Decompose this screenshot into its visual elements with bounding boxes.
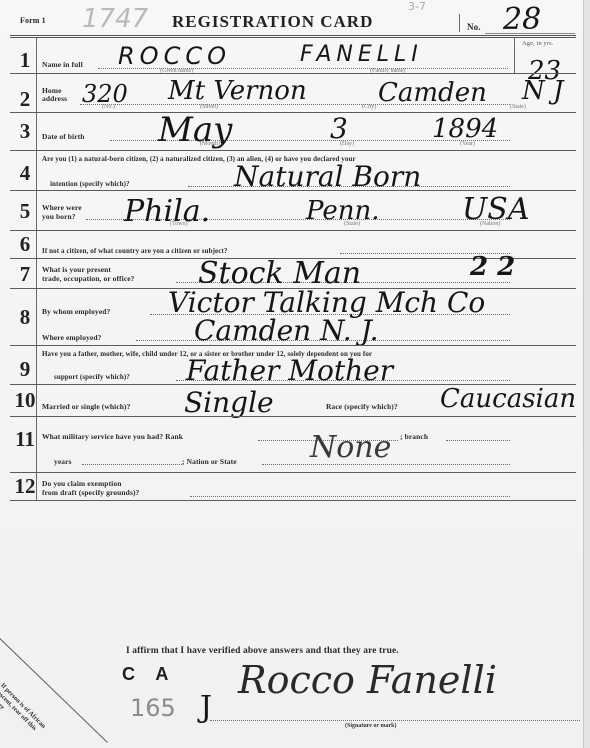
registration-card: Form 1 1747 3-7 REGISTRATION CARD No. 28…	[0, 0, 590, 748]
row-number: 8	[14, 305, 36, 330]
card-number: 28	[503, 2, 541, 37]
address-state: N J	[522, 76, 563, 106]
divider	[459, 14, 460, 32]
number-label: No.	[467, 22, 481, 32]
birthplace-label: Where were	[42, 203, 82, 212]
given-name: ROCCO	[118, 42, 231, 70]
citizenship-value: Natural Born	[234, 160, 421, 193]
military-service-value: None	[310, 430, 391, 465]
employed-where-label: Where employed?	[42, 333, 101, 342]
row-number: 9	[14, 357, 36, 382]
employed-where-value: Camden N. J.	[194, 314, 379, 347]
birth-year: 1894	[432, 114, 498, 144]
address-city: Camden	[378, 78, 487, 108]
pencil-serial: 1747	[82, 4, 148, 34]
exemption-label: Do you claim exemption	[42, 479, 122, 488]
row-number: 1	[14, 48, 36, 73]
race-label: Race (specify which)?	[326, 402, 398, 411]
marital-label: Married or single (which)?	[42, 402, 131, 411]
pencil-code: 165	[130, 694, 176, 722]
row-number: 7	[14, 262, 36, 287]
margin-line	[36, 38, 37, 500]
nation-state-label: ; Nation or State	[182, 457, 237, 466]
card-title: REGISTRATION CARD	[172, 12, 373, 32]
birth-state: Penn.	[306, 196, 379, 226]
stamp-mark: J	[200, 690, 212, 725]
marital-value: Single	[184, 386, 274, 419]
address-street: Mt Vernon	[168, 76, 307, 106]
race-value: Caucasian	[440, 384, 576, 414]
family-name: FANELLI	[300, 42, 423, 67]
citizenship-question-2: intention (specify which)?	[50, 180, 130, 188]
dependents-value: Father Mother	[186, 354, 393, 387]
birth-month: May	[158, 110, 232, 150]
row-number: 4	[14, 161, 36, 186]
signature: Rocco Fanelli	[238, 658, 497, 702]
form-label: Form 1	[20, 16, 46, 25]
citizen-of-country-question: If not a citizen, of what country are yo…	[42, 247, 228, 255]
row-number: 6	[14, 232, 36, 257]
row-number: 5	[14, 199, 36, 224]
name-label: Name in full	[42, 60, 83, 69]
affirmation-text: I affirm that I have verified above answ…	[126, 646, 399, 656]
birth-town: Phila.	[124, 194, 210, 229]
military-service-label: What military service have you had? Rank	[42, 432, 183, 441]
dob-label: Date of birth	[42, 132, 85, 141]
row-number: 10	[14, 388, 36, 413]
employer-label: By whom employed?	[42, 307, 110, 316]
card-edge	[583, 0, 590, 748]
tear-off-corner-note: If person is of African descent, tear of…	[0, 682, 53, 748]
age-label: Age, in yrs.	[522, 40, 554, 47]
pencil-mark: 3-7	[408, 0, 426, 13]
signature-label: (Signature or mark)	[345, 723, 396, 729]
age-column-line	[514, 38, 515, 73]
row-number: 2	[14, 87, 36, 112]
row-number: 12	[14, 474, 36, 499]
years-label: years	[54, 457, 72, 466]
rule	[10, 35, 576, 38]
occupation-annotation: 2 2	[470, 252, 515, 282]
stamp-letters: C A	[122, 664, 176, 685]
occupation-label: What is your present	[42, 265, 111, 274]
branch-label: ; branch	[400, 432, 428, 441]
row-number: 11	[14, 427, 36, 452]
home-address-label: Home address	[42, 87, 78, 103]
row-number: 3	[14, 119, 36, 144]
